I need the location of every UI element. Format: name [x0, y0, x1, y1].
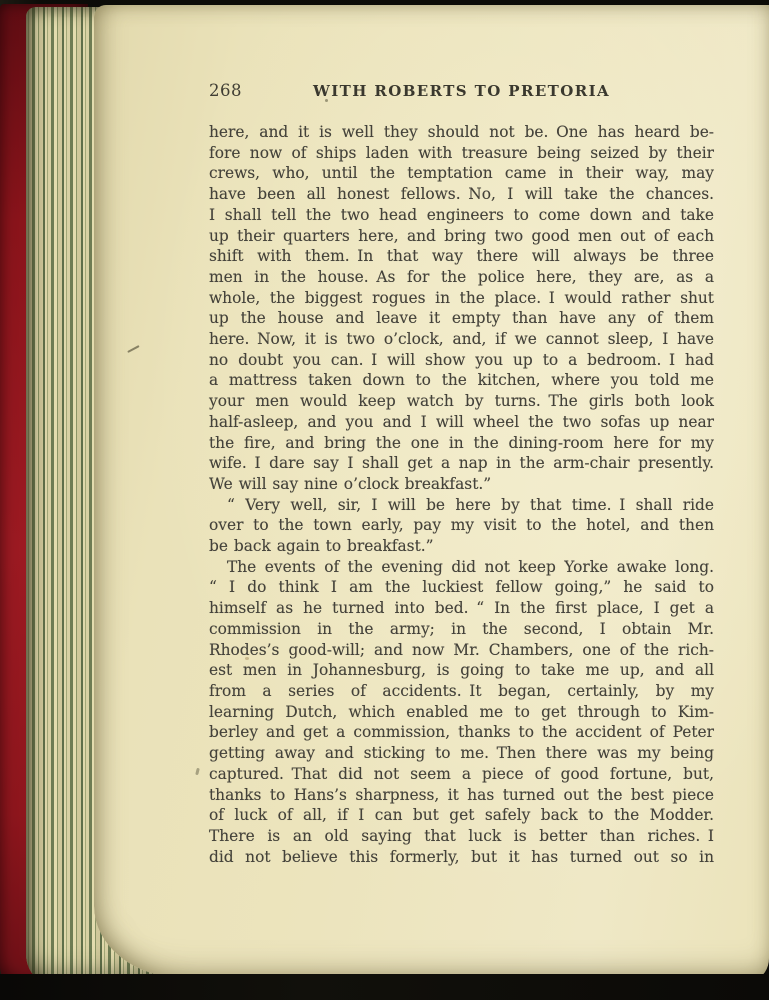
text-line: over to the town early, pay my visit to …	[209, 515, 714, 536]
text-line: up the house and leave it empty than hav…	[209, 308, 714, 329]
text-lines: here, and it is well they should not be.…	[209, 122, 714, 867]
text-line: captured. That did not seem a piece of g…	[209, 764, 714, 785]
text-line: here. Now, it is two o’clock, and, if we…	[209, 329, 714, 350]
ink-speck	[325, 99, 328, 102]
text-line: The events of the evening did not keep Y…	[209, 557, 714, 578]
text-line: did not believe this formerly, but it ha…	[209, 847, 714, 868]
text-line: est men in Johannesburg, is going to tak…	[209, 660, 714, 681]
text-line: up their quarters here, and bring two go…	[209, 226, 714, 247]
text-line: fore now of ships laden with treasure be…	[209, 143, 714, 164]
text-line: half-asleep, and you and I will wheel th…	[209, 412, 714, 433]
text-line: I shall tell the two head engineers to c…	[209, 205, 714, 226]
text-line: crews, who, until the temptation came in…	[209, 163, 714, 184]
text-line: There is an old saying that luck is bett…	[209, 826, 714, 847]
text-line: commission in the army; in the second, I…	[209, 619, 714, 640]
text-line: thanks to Hans’s sharpness, it has turne…	[209, 785, 714, 806]
scanned-book-photo: 268 WITH ROBERTS TO PRETORIA here, and i…	[0, 0, 769, 1000]
text-line: berley and get a commission, thanks to t…	[209, 722, 714, 743]
photo-bottom-shadow	[0, 974, 769, 1000]
text-line: have been all honest fellows. No, I will…	[209, 184, 714, 205]
text-line: “ I do think I am the luckiest fellow go…	[209, 577, 714, 598]
text-line: We will say nine o’clock breakfast.”	[209, 474, 714, 495]
text-line: here, and it is well they should not be.…	[209, 122, 714, 143]
text-line: men in the house. As for the police here…	[209, 267, 714, 288]
book-page: 268 WITH ROBERTS TO PRETORIA here, and i…	[94, 5, 769, 978]
text-line: getting away and sticking to me. Then th…	[209, 743, 714, 764]
text-line: “ Very well, sir, I will be here by that…	[209, 495, 714, 516]
text-line: the fire, and bring the one in the dinin…	[209, 433, 714, 454]
page-header: 268 WITH ROBERTS TO PRETORIA	[209, 81, 714, 103]
text-line: wife. I dare say I shall get a nap in th…	[209, 453, 714, 474]
text-line: of luck of all, if I can but get safely …	[209, 805, 714, 826]
foxing-spot	[245, 657, 249, 660]
text-line: Rhodes’s good-will; and now Mr. Chambers…	[209, 640, 714, 661]
text-line: whole, the biggest rogues in the place. …	[209, 288, 714, 309]
text-line: no doubt you can. I will show you up to …	[209, 350, 714, 371]
text-line: shift with them. In that way there will …	[209, 246, 714, 267]
text-line: your men would keep watch by turns. The …	[209, 391, 714, 412]
text-line: be back again to breakfast.”	[209, 536, 714, 557]
text-line: learning Dutch, which enabled me to get …	[209, 702, 714, 723]
text-line: himself as he turned into bed. “ In the …	[209, 598, 714, 619]
running-title: WITH ROBERTS TO PRETORIA	[209, 82, 714, 100]
text-line: from a series of accidents. It began, ce…	[209, 681, 714, 702]
text-line: a mattress taken down to the kitchen, wh…	[209, 370, 714, 391]
